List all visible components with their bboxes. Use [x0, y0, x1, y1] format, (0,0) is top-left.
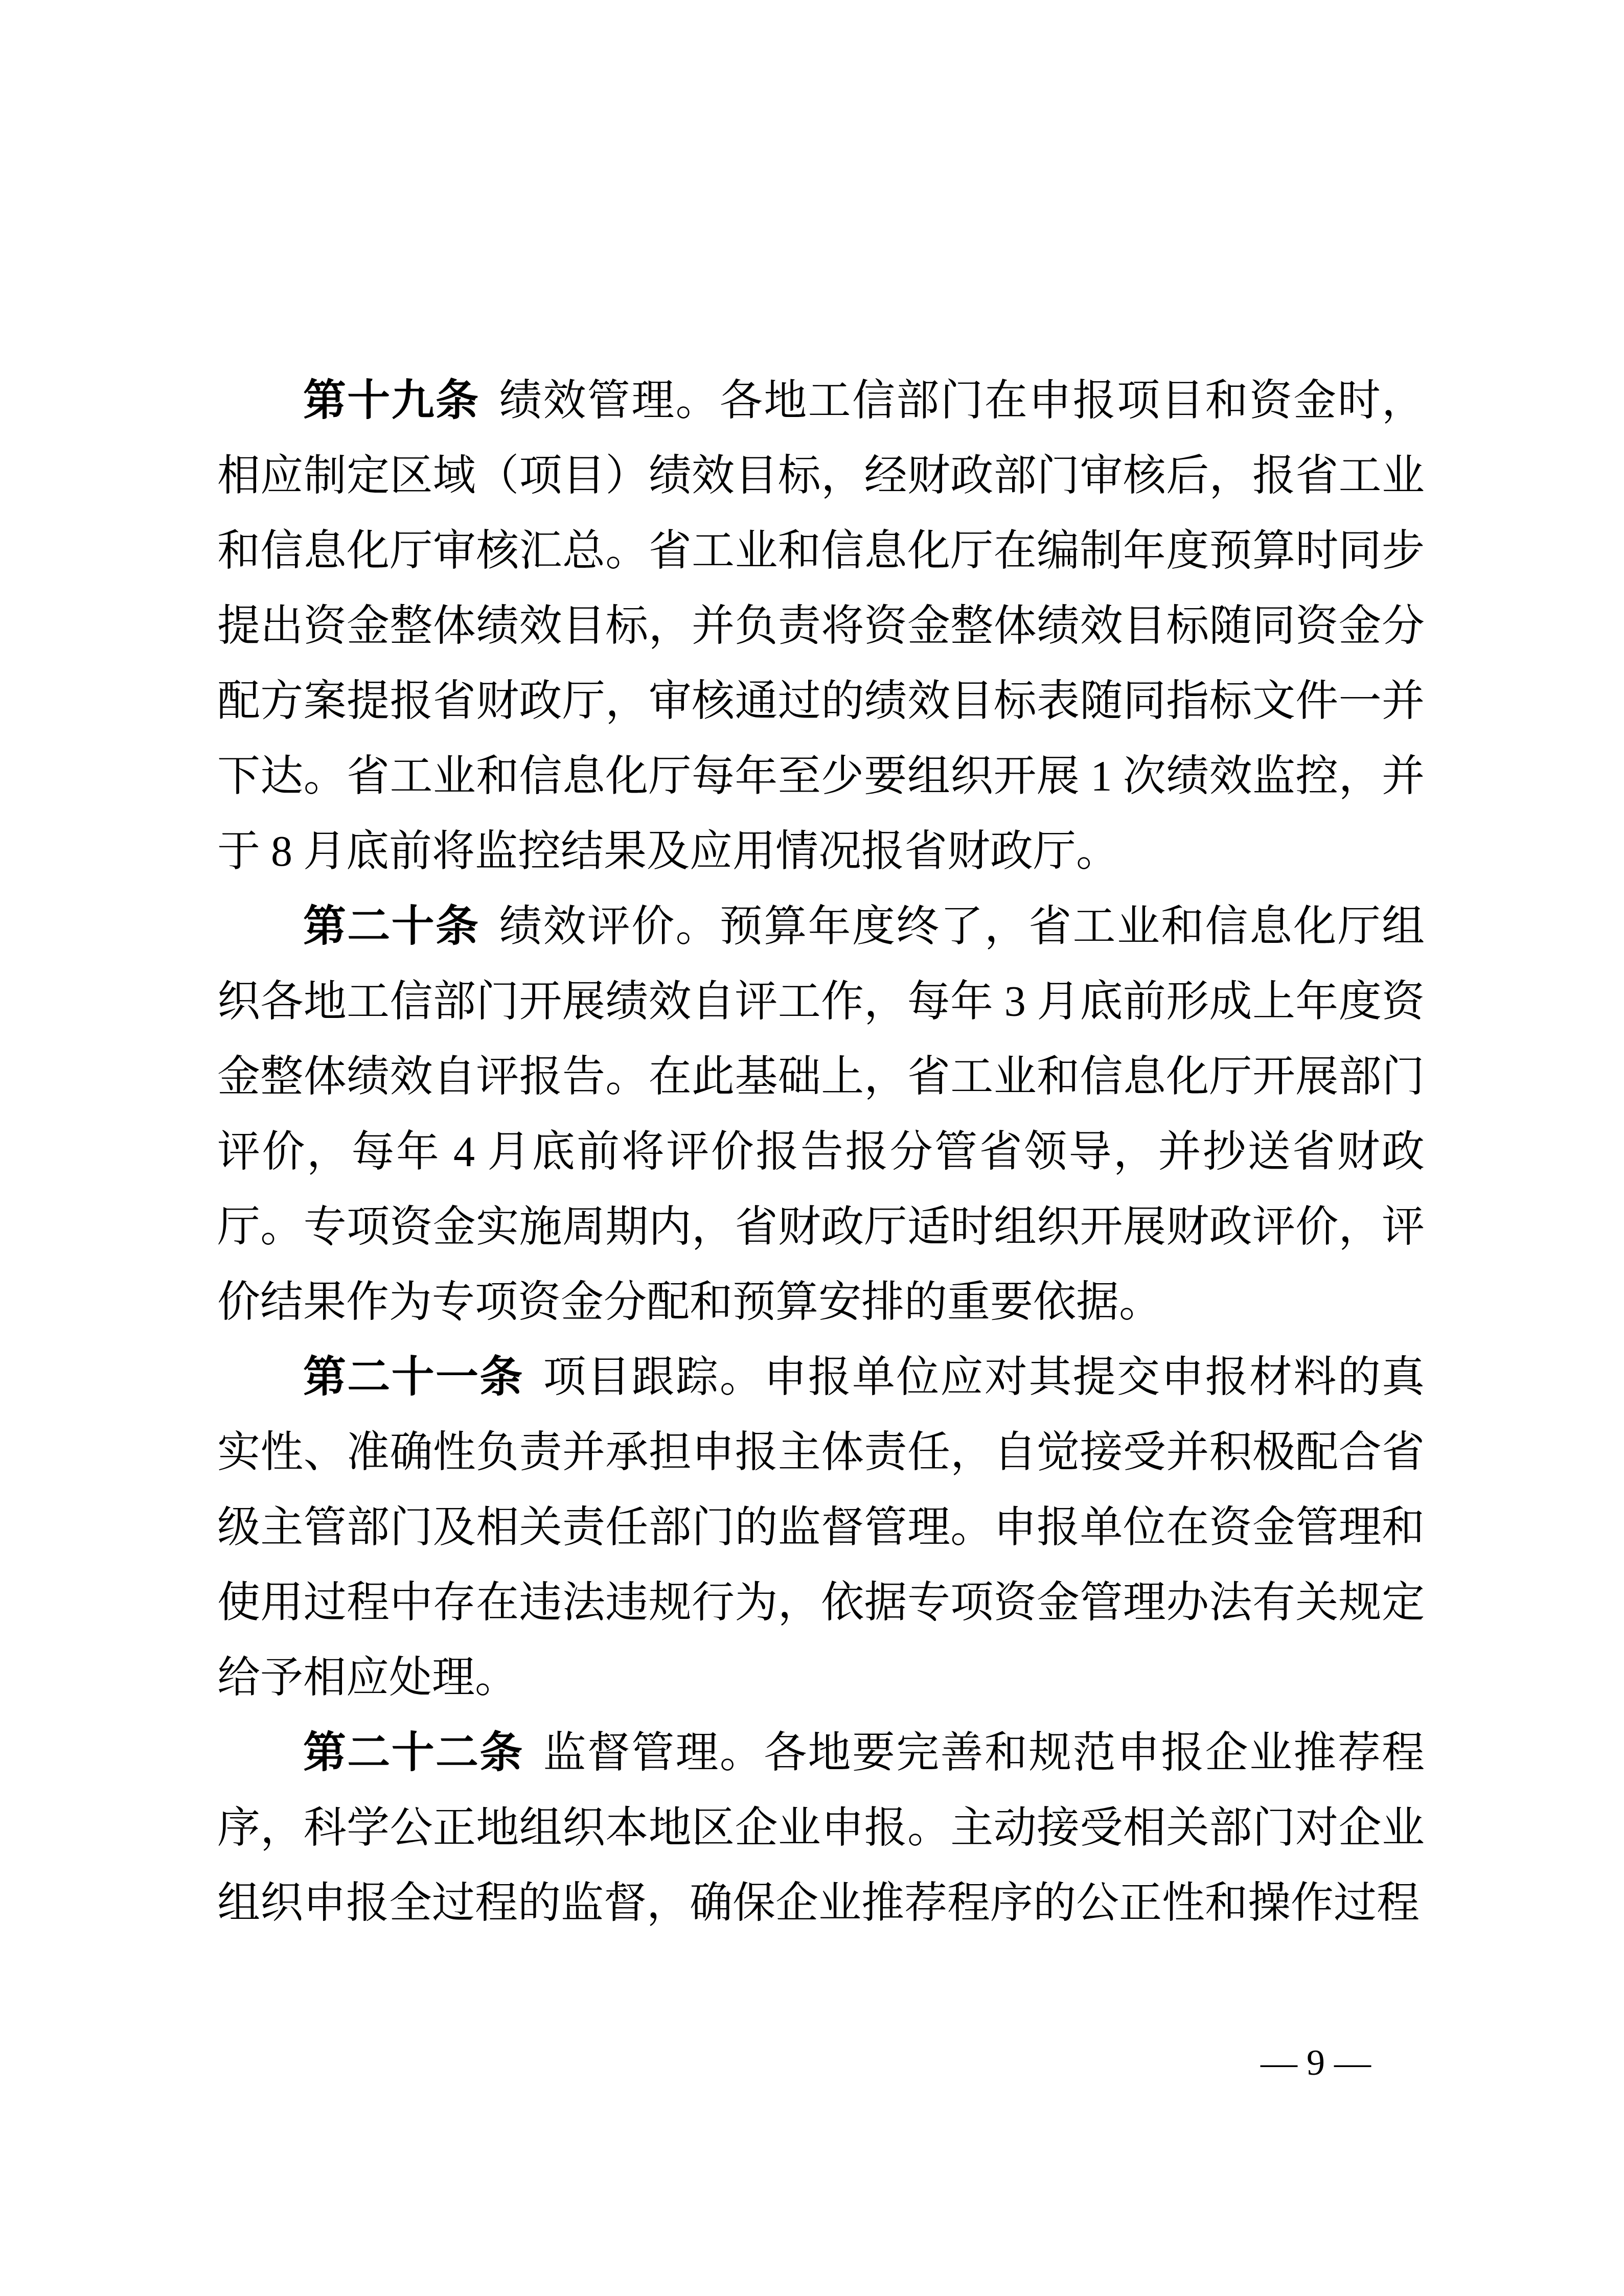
article-text: 绩效评价。预算年度终了，省工业和信息化厅组织各地工信部门开展绩效自评工作，每年 … [217, 903, 1425, 1326]
article-number: 第二十一条 [303, 1354, 524, 1401]
article-paragraph-20: 第二十条绩效评价。预算年度终了，省工业和信息化厅组织各地工信部门开展绩效自评工作… [217, 889, 1425, 1340]
article-text: 项目跟踪。申报单位应对其提交申报材料的真实性、准确性负责并承担申报主体责任，自觉… [217, 1354, 1425, 1702]
page-number: — 9 — [1261, 2044, 1371, 2081]
article-paragraph-22: 第二十二条监督管理。各地要完善和规范申报企业推荐程序，科学公正地组织本地区企业申… [217, 1715, 1425, 1941]
article-number: 第十九条 [303, 377, 479, 425]
article-number: 第二十二条 [303, 1729, 524, 1777]
article-paragraph-21: 第二十一条项目跟踪。申报单位应对其提交申报材料的真实性、准确性负责并承担申报主体… [217, 1340, 1425, 1715]
document-text-block: 第十九条绩效管理。各地工信部门在申报项目和资金时，相应制定区域（项目）绩效目标，… [217, 363, 1425, 1941]
article-number: 第二十条 [303, 903, 479, 950]
document-page: 第十九条绩效管理。各地工信部门在申报项目和资金时，相应制定区域（项目）绩效目标，… [0, 0, 1624, 2296]
article-text: 绩效管理。各地工信部门在申报项目和资金时，相应制定区域（项目）绩效目标，经财政部… [217, 377, 1425, 875]
article-paragraph-19: 第十九条绩效管理。各地工信部门在申报项目和资金时，相应制定区域（项目）绩效目标，… [217, 363, 1425, 889]
